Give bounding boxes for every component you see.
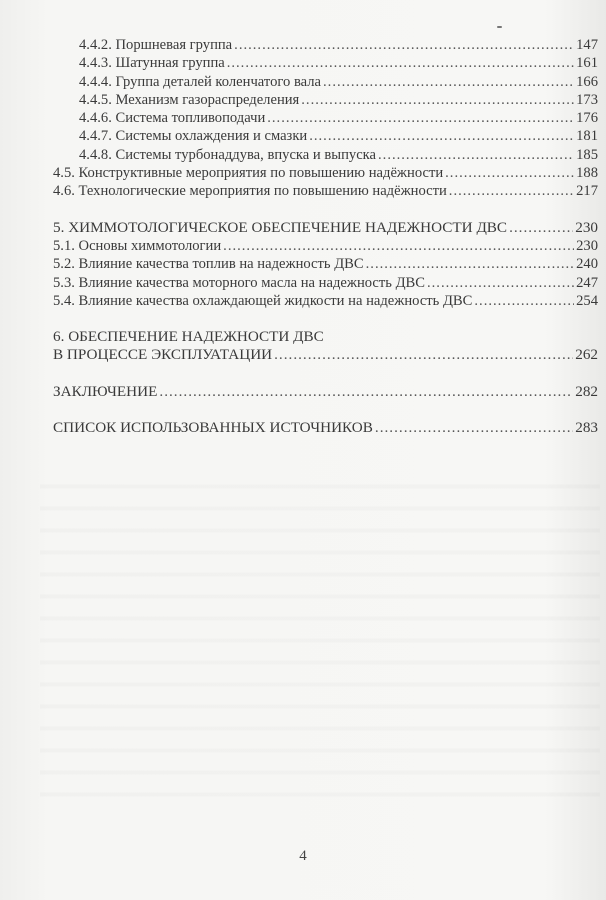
- dot-leader: [159, 383, 573, 401]
- toc-page-number: 217: [576, 182, 598, 200]
- toc-page-number: 161: [576, 54, 598, 72]
- toc-entry[interactable]: 4.4.7. Системы охлаждения и смазки181: [53, 127, 598, 145]
- toc-entry[interactable]: 5.3. Влияние качества моторного масла на…: [53, 274, 598, 292]
- dot-leader: [274, 346, 573, 364]
- dot-leader: [309, 127, 574, 145]
- toc-entry-title: 4.4.8. Системы турбонаддува, впуска и вы…: [79, 146, 376, 164]
- toc-entry-title: 4.4.4. Группа деталей коленчатого вала: [79, 73, 321, 91]
- dot-leader: [509, 219, 573, 237]
- toc-entry[interactable]: 5.4. Влияние качества охлаждающей жидкос…: [53, 292, 598, 310]
- toc-entry[interactable]: 5.1. Основы химмотологии230: [53, 237, 598, 255]
- toc-entry[interactable]: 4.4.3. Шатунная группа161: [53, 54, 598, 72]
- toc-entry[interactable]: 4.6. Технологические мероприятия по повы…: [53, 182, 598, 200]
- toc-entry-title-line2: В ПРОЦЕССЕ ЭКСПЛУАТАЦИИ: [53, 346, 272, 364]
- dot-leader: [375, 419, 573, 437]
- toc-entry-title: 4.5. Конструктивные мероприятия по повыш…: [53, 164, 443, 182]
- toc-entry-title: 4.4.3. Шатунная группа: [79, 54, 225, 72]
- dot-leader: [267, 109, 574, 127]
- toc-page-number: 283: [575, 419, 598, 437]
- toc-page-number: 147: [576, 36, 598, 54]
- toc-entry[interactable]: 5. ХИММОТОЛОГИЧЕСКОЕ ОБЕСПЕЧЕНИЕ НАДЕЖНО…: [53, 219, 598, 237]
- toc-page-number: 185: [576, 146, 598, 164]
- print-speck: [497, 26, 502, 28]
- dot-leader: [323, 73, 574, 91]
- toc-page-number: 176: [576, 109, 598, 127]
- toc-entry[interactable]: 4.4.2. Поршневая группа147: [53, 36, 598, 54]
- toc-page-number: 247: [576, 274, 598, 292]
- toc-page-number: 188: [576, 164, 598, 182]
- dot-leader: [223, 237, 574, 255]
- toc-entry-conclusion[interactable]: ЗАКЛЮЧЕНИЕ 282: [53, 383, 598, 401]
- dot-leader: [378, 146, 574, 164]
- page-number: 4: [0, 848, 606, 865]
- table-of-contents: 4.4.2. Поршневая группа1474.4.3. Шатунна…: [53, 36, 598, 437]
- toc-entry[interactable]: 5.2. Влияние качества топлив на надежнос…: [53, 255, 598, 273]
- toc-page-number: 230: [576, 237, 598, 255]
- toc-page-number: 166: [576, 73, 598, 91]
- dot-leader: [301, 91, 574, 109]
- toc-entry-title: 5. ХИММОТОЛОГИЧЕСКОЕ ОБЕСПЕЧЕНИЕ НАДЕЖНО…: [53, 219, 507, 237]
- toc-page-number: 262: [575, 346, 598, 364]
- toc-entry-title: 5.4. Влияние качества охлаждающей жидкос…: [53, 292, 472, 310]
- toc-entry-references[interactable]: СПИСОК ИСПОЛЬЗОВАННЫХ ИСТОЧНИКОВ 283: [53, 419, 598, 437]
- toc-page-number: 230: [575, 219, 598, 237]
- dot-leader: [234, 36, 574, 54]
- toc-entry[interactable]: 4.5. Конструктивные мероприятия по повыш…: [53, 164, 598, 182]
- toc-page-number: 254: [576, 292, 598, 310]
- toc-entry-chapter-6[interactable]: 6. ОБЕСПЕЧЕНИЕ НАДЕЖНОСТИ ДВС В ПРОЦЕССЕ…: [53, 328, 598, 365]
- toc-entry-title: ЗАКЛЮЧЕНИЕ: [53, 383, 157, 401]
- toc-page-number: 173: [576, 91, 598, 109]
- toc-section-4: 4.4.2. Поршневая группа1474.4.3. Шатунна…: [53, 36, 598, 201]
- toc-entry-title-line1: 6. ОБЕСПЕЧЕНИЕ НАДЕЖНОСТИ ДВС: [53, 328, 598, 346]
- toc-entry[interactable]: 4.4.6. Система топливоподачи176: [53, 109, 598, 127]
- dot-leader: [474, 292, 574, 310]
- dot-leader: [227, 54, 574, 72]
- toc-entry-title: 4.4.6. Система топливоподачи: [79, 109, 265, 127]
- toc-section-5: 5. ХИММОТОЛОГИЧЕСКОЕ ОБЕСПЕЧЕНИЕ НАДЕЖНО…: [53, 219, 598, 310]
- toc-entry-title: 5.2. Влияние качества топлив на надежнос…: [53, 255, 364, 273]
- dot-leader: [445, 164, 574, 182]
- bleed-through-texture: [40, 470, 600, 800]
- toc-entry[interactable]: 4.4.5. Механизм газораспределения173: [53, 91, 598, 109]
- toc-page-number: 240: [576, 255, 598, 273]
- toc-entry[interactable]: 4.4.4. Группа деталей коленчатого вала16…: [53, 73, 598, 91]
- dot-leader: [449, 182, 574, 200]
- toc-page-number: 181: [576, 127, 598, 145]
- toc-entry-title: 5.1. Основы химмотологии: [53, 237, 221, 255]
- dot-leader: [366, 255, 574, 273]
- dot-leader: [427, 274, 574, 292]
- toc-entry-title: 4.4.7. Системы охлаждения и смазки: [79, 127, 307, 145]
- toc-entry-title: 4.6. Технологические мероприятия по повы…: [53, 182, 447, 200]
- toc-entry-title: 4.4.2. Поршневая группа: [79, 36, 232, 54]
- toc-entry[interactable]: 4.4.8. Системы турбонаддува, впуска и вы…: [53, 146, 598, 164]
- toc-page-number: 282: [575, 383, 598, 401]
- toc-entry-title: 4.4.5. Механизм газораспределения: [79, 91, 299, 109]
- toc-entry-title: СПИСОК ИСПОЛЬЗОВАННЫХ ИСТОЧНИКОВ: [53, 419, 373, 437]
- toc-entry-title: 5.3. Влияние качества моторного масла на…: [53, 274, 425, 292]
- book-page: 4.4.2. Поршневая группа1474.4.3. Шатунна…: [0, 0, 606, 900]
